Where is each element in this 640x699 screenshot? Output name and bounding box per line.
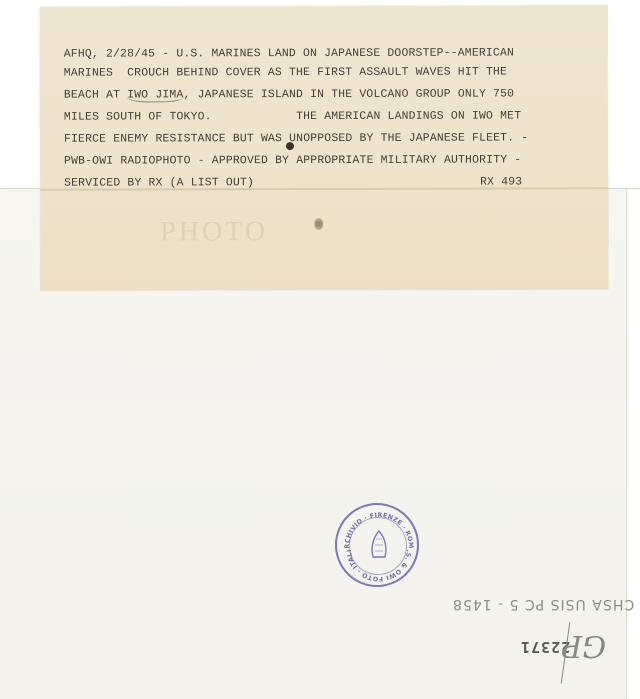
caption-line-2: MARINES CROUCH BEHIND COVER AS THE FIRST… xyxy=(64,61,594,84)
ink-blot xyxy=(286,142,294,150)
stamp-outer-text: ARCHIVIO · FIRENZE · ROMA xyxy=(337,505,414,549)
caption-line-5: FIERCE ENEMY RESISTANCE BUT WAS UNOPPOSE… xyxy=(64,127,594,150)
stamp-emblem-icon: ARCHIVIO · FIRENZE · ROMA U.S. & OWI FOT… xyxy=(337,505,421,589)
archive-stamp: ARCHIVIO · FIRENZE · ROMA U.S. & OWI FOT… xyxy=(335,503,419,587)
faint-bleed-text: PHOTO xyxy=(160,216,268,248)
caption-body: AFHQ, 2/28/45 - U.S. MARINES LAND ON JAP… xyxy=(64,45,594,194)
archive-reference-note: CHSA USIS PC 5 - 1458 xyxy=(452,596,634,612)
caption-line-1: AFHQ, 2/28/45 - U.S. MARINES LAND ON JAP… xyxy=(64,45,594,62)
rx-code: RX 493 xyxy=(480,171,522,193)
underlined-location: IWO JIMA xyxy=(127,89,183,102)
stain-spot xyxy=(314,218,323,230)
caption-line-7: SERVICED BY RX (A LIST OUT)RX 493 xyxy=(64,171,594,194)
caption-service-line: SERVICED BY RX (A LIST OUT) xyxy=(64,177,254,189)
caption-slip: PHOTO AFHQ, 2/28/45 - U.S. MARINES LAND … xyxy=(40,5,609,290)
caption-line-3: BEACH AT IWO JIMA, JAPANESE ISLAND IN TH… xyxy=(64,83,594,106)
caption-line-3-end: , JAPANESE ISLAND IN THE VOLCANO GROUP O… xyxy=(183,89,514,102)
handwritten-initials: GP xyxy=(562,628,606,663)
caption-line-4: MILES SOUTH OF TOKYO. THE AMERICAN LANDI… xyxy=(64,105,594,128)
caption-line-3-start: BEACH AT xyxy=(64,90,127,102)
svg-text:ARCHIVIO · FIRENZE · ROMA: ARCHIVIO · FIRENZE · ROMA xyxy=(337,505,414,549)
caption-line-6: PWB-OWI RADIOPHOTO - APPROVED BY APPROPR… xyxy=(64,149,594,172)
